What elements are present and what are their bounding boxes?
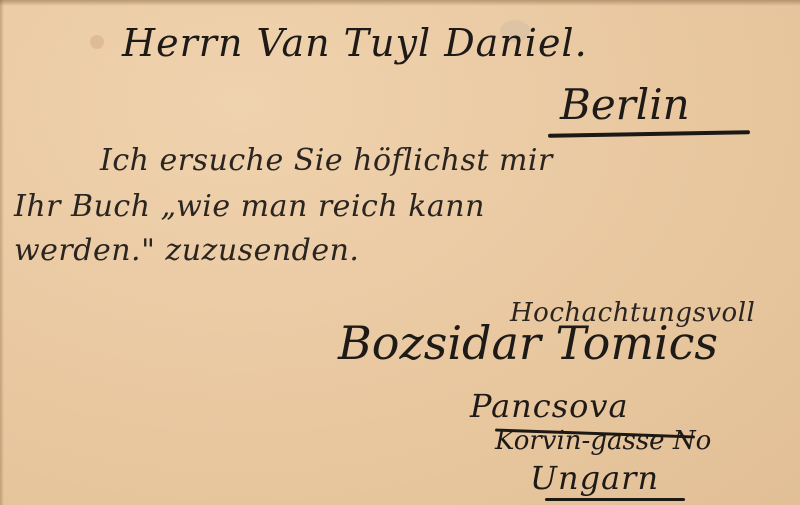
postcard: Herrn Van Tuyl Daniel. Berlin Ich ersuch… [0, 0, 800, 505]
sender-town: Pancsova [470, 390, 629, 422]
country-underline [545, 498, 685, 501]
paper-stain [90, 35, 104, 49]
city-underline [548, 130, 750, 138]
message-line-3: werden." zuzusenden. [14, 236, 359, 266]
message-line-1: Ich ersuche Sie höflichst mir [100, 146, 553, 176]
recipient-city: Berlin [560, 84, 690, 126]
message-line-2: Ihr Buch „wie man reich kann [14, 192, 485, 222]
sender-street: Korvin-gasse No [495, 428, 711, 454]
sender-country: Ungarn [530, 462, 659, 494]
sender-name: Bozsidar Tomics [338, 320, 718, 366]
recipient-line: Herrn Van Tuyl Daniel. [122, 24, 588, 62]
